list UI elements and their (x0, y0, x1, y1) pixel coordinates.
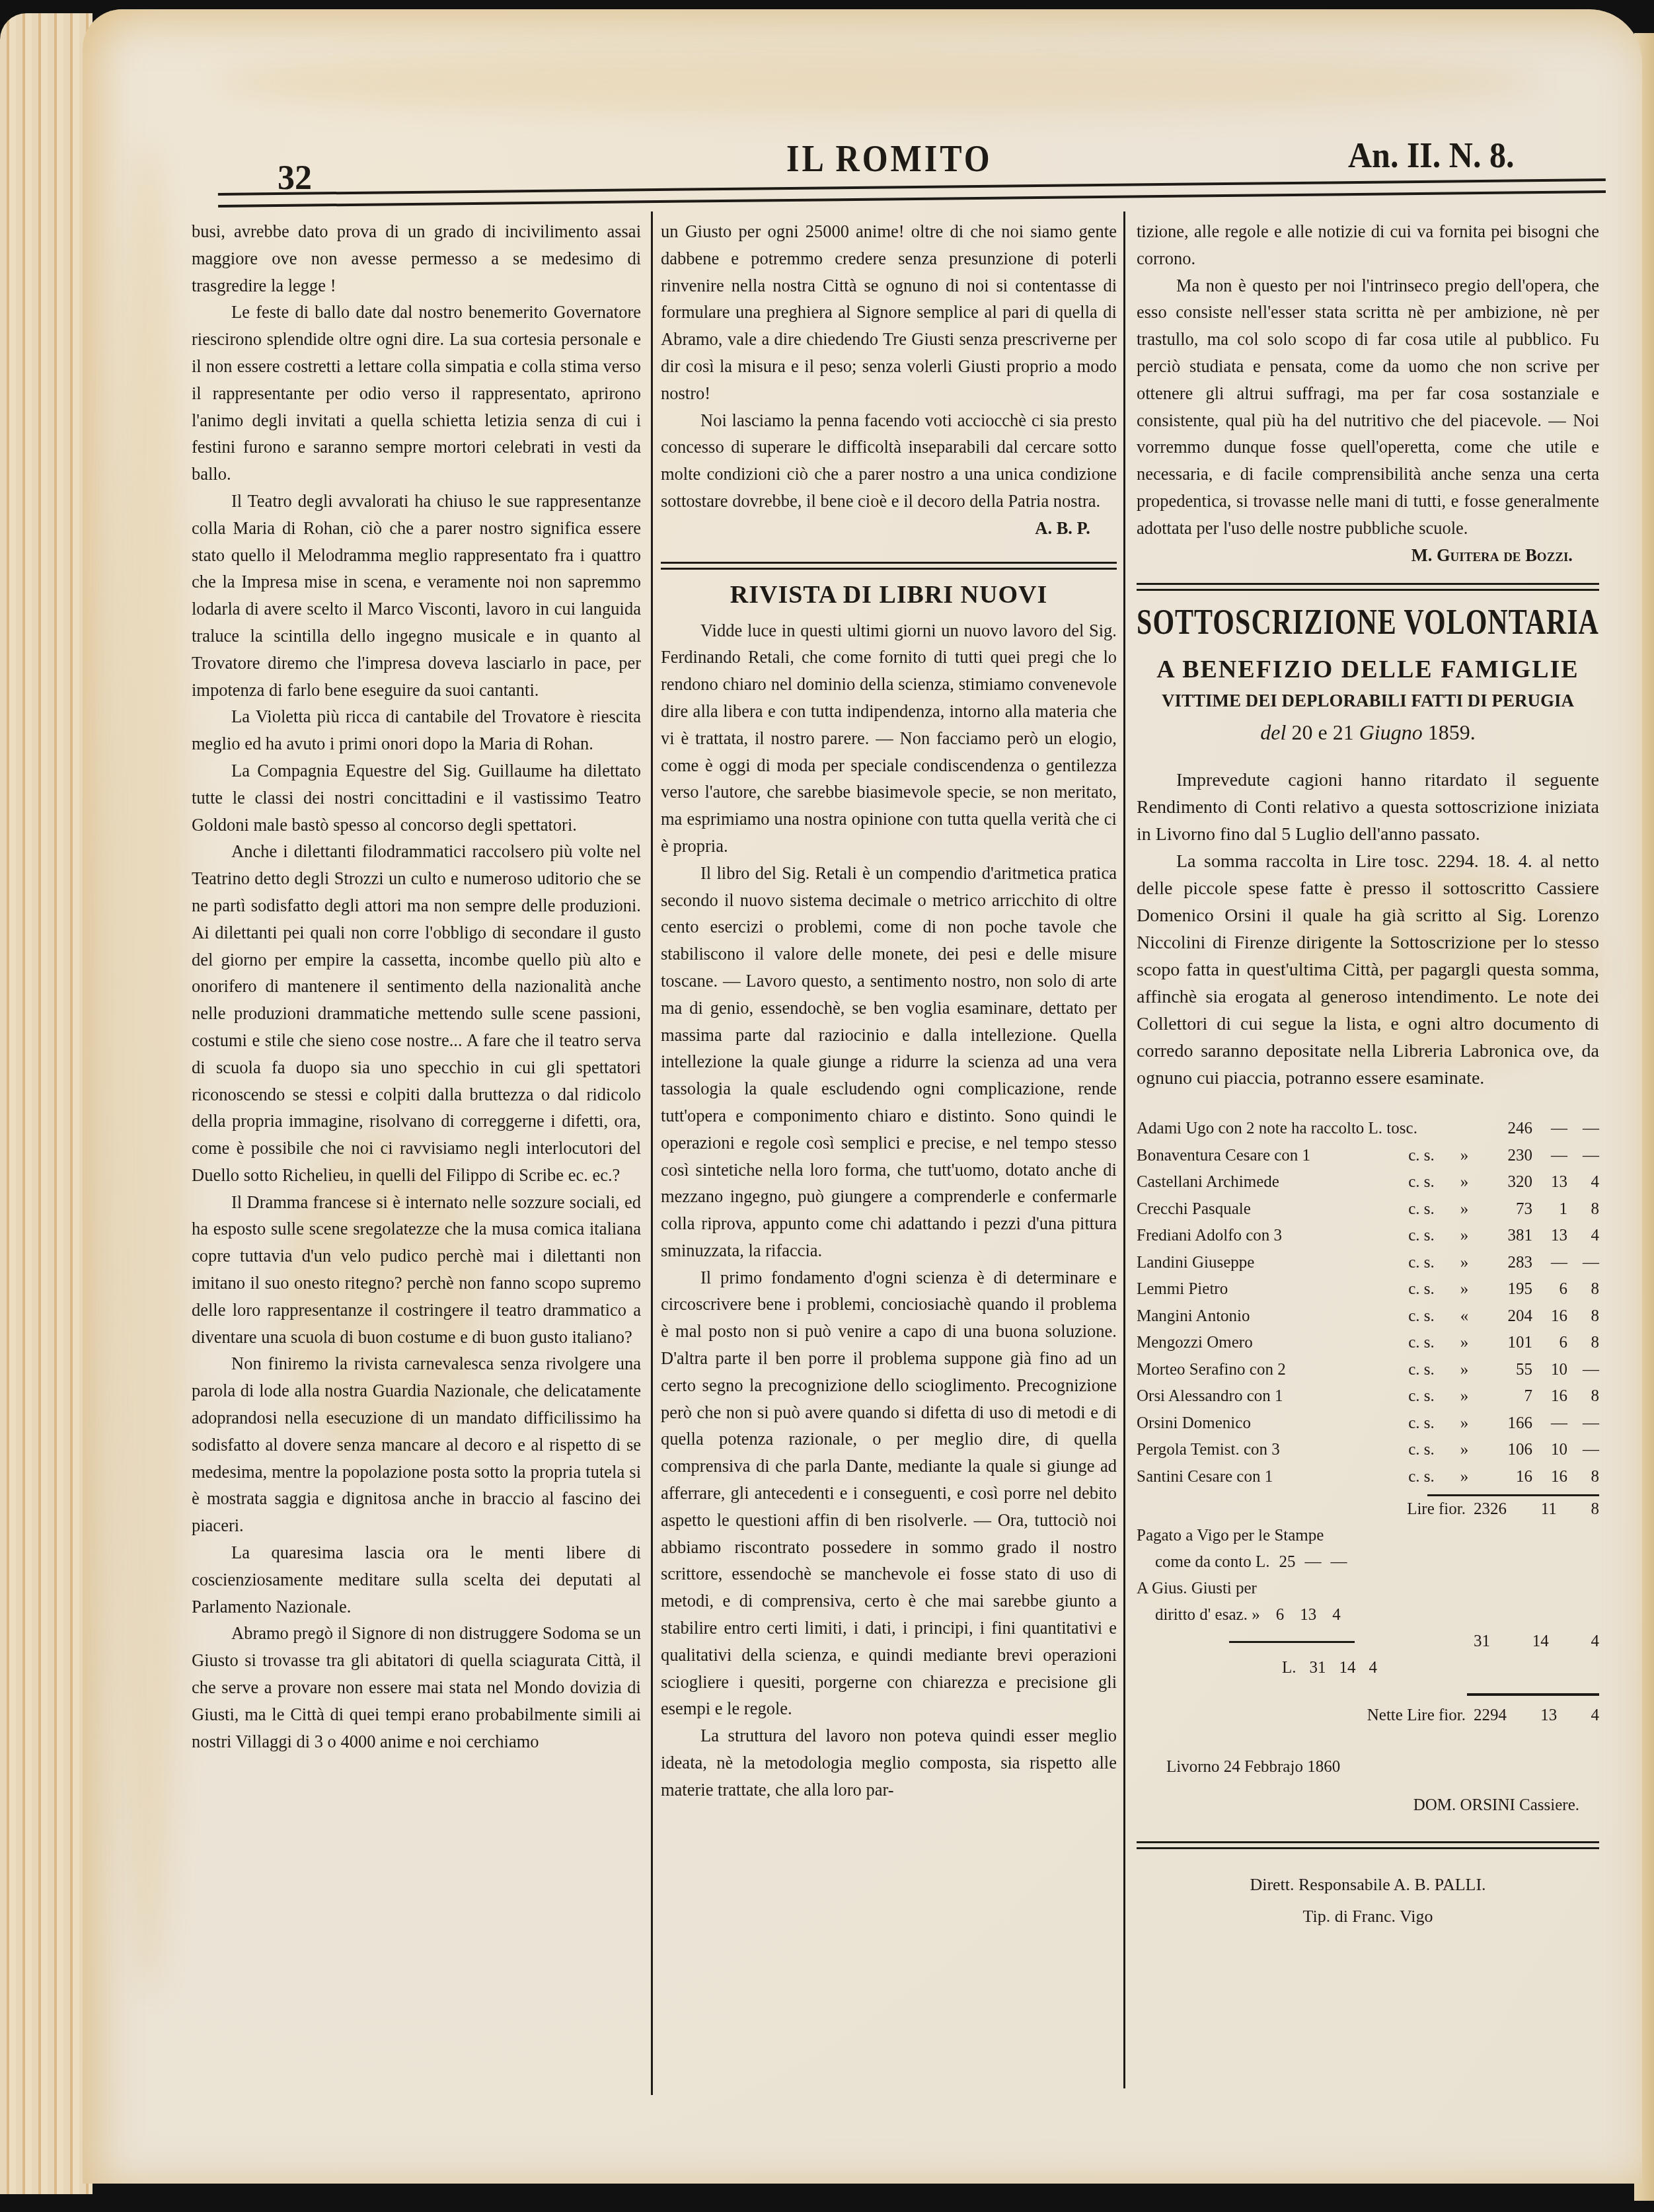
ledger-soldi: 10 (1532, 1357, 1567, 1384)
paragraph: Anche i dilettanti filodrammatici raccol… (192, 838, 641, 1188)
ledger-ditto: » (1448, 1464, 1481, 1491)
book-page-edges (0, 13, 93, 2194)
expense-subtotal-row: 31 14 4 (1137, 1628, 1599, 1655)
printer-credit: Tip. di Franc. Vigo (1137, 1901, 1599, 1932)
ledger-lire: 195 (1481, 1276, 1532, 1303)
collectors-ledger: Adami Ugo con 2 note ha raccolto L. tosc… (1137, 1116, 1599, 1490)
ledger-row: Mangini Antonioc. s.«204168 (1137, 1303, 1599, 1330)
paragraph: busi, avrebbe dato prova di un grado di … (192, 218, 641, 299)
ledger-lire: 73 (1481, 1196, 1532, 1223)
ledger-row: Orsini Domenicoc. s.»166—— (1137, 1410, 1599, 1437)
ledger-ditto: » (1448, 1276, 1481, 1303)
ledger-row: Pergola Temist. con 3c. s.»10610— (1137, 1437, 1599, 1464)
deduct-soldi: 14 (1532, 1628, 1549, 1655)
collector-name: Mengozzi Omero (1137, 1330, 1395, 1357)
ledger-row: Mengozzi Omeroc. s.»10168 (1137, 1330, 1599, 1357)
ledger-ditto: » (1448, 1437, 1481, 1464)
column-middle: un Giusto per ogni 25000 anime! oltre di… (661, 218, 1117, 1804)
ledger-ditto: » (1448, 1169, 1481, 1196)
expense-label: diritto d' esaz. » (1155, 1602, 1260, 1628)
subscription-subtitle: A BENEFIZIO DELLE FAMIGLIE (1137, 652, 1599, 687)
subtotal-lire: 31 (1310, 1655, 1326, 1681)
paragraph: La quaresima lascia ora le menti libere … (192, 1539, 641, 1620)
ledger-cs: c. s. (1395, 1143, 1448, 1170)
paragraph: Imprevedute cagioni hanno ritardato il s… (1137, 767, 1599, 848)
section-title-rivista: RIVISTA DI LIBRI NUOVI (661, 576, 1117, 613)
deduction-amount: 31 14 4 (1474, 1628, 1599, 1655)
ledger-denari: — (1567, 1116, 1599, 1143)
gross-lire: 2326 (1474, 1496, 1507, 1523)
collector-name: Adami Ugo con 2 note ha raccolto L. tosc… (1137, 1116, 1481, 1143)
ledger-denari: — (1567, 1410, 1599, 1437)
ledger-denari: — (1567, 1250, 1599, 1277)
expense-lire: 6 (1276, 1602, 1285, 1628)
subtotal-soldi: 14 (1339, 1655, 1356, 1681)
collector-name: Mangini Antonio (1137, 1303, 1395, 1330)
ledger-soldi: — (1532, 1143, 1567, 1170)
subscription-date: del 20 e 21 Giugno 1859. (1137, 714, 1599, 751)
ledger-row: Bonaventura Cesare con 1c. s.»230—— (1137, 1143, 1599, 1170)
ledger-cs: c. s. (1395, 1437, 1448, 1464)
paragraph: Il primo fondamento d'ogni scienza è di … (661, 1264, 1117, 1723)
ledger-soldi: 16 (1532, 1464, 1567, 1491)
ledger-lire: 230 (1481, 1143, 1532, 1170)
paragraph: un Giusto per ogni 25000 anime! oltre di… (661, 218, 1117, 407)
paragraph: La Compagnia Equestre del Sig. Guillaume… (192, 757, 641, 838)
subscription-title: SOTTOSCRIZIONE VOLONTARIA (1137, 597, 1599, 648)
net-total-label: Nette Lire fior. (1367, 1702, 1466, 1729)
ledger-denari: 8 (1567, 1464, 1599, 1491)
expense-denari: 4 (1332, 1602, 1341, 1628)
ledger-lire: 101 (1481, 1330, 1532, 1357)
paragraph: Il Dramma francese si è internato nelle … (192, 1189, 641, 1351)
subtotal-denari: 4 (1369, 1655, 1378, 1681)
paragraph: Non finiremo la rivista carnevalesca sen… (192, 1350, 641, 1539)
ledger-soldi: 16 (1532, 1383, 1567, 1410)
net-rule (1467, 1693, 1599, 1696)
paragraph: Noi lasciamo la penna facendo voti accio… (661, 407, 1117, 515)
deduct-denari: 4 (1591, 1628, 1600, 1655)
expense-soldi: 13 (1300, 1602, 1316, 1628)
ledger-denari: 8 (1567, 1330, 1599, 1357)
ledger-ditto: » (1448, 1330, 1481, 1357)
ledger-soldi: — (1532, 1410, 1567, 1437)
ledger-cs: c. s. (1395, 1357, 1448, 1384)
paragraph: La struttura del lavoro non poteva quind… (661, 1722, 1117, 1803)
ledger-soldi: 13 (1532, 1169, 1567, 1196)
date-month: Giugno (1359, 720, 1423, 744)
place-date: Livorno 24 Febbrajo 1860 (1137, 1754, 1599, 1780)
expense-line: diritto d' esaz. » 6 13 4 (1137, 1602, 1599, 1628)
ledger-denari: 8 (1567, 1196, 1599, 1223)
expense-label: come da conto L. (1155, 1549, 1270, 1576)
ledger-cs: c. s. (1395, 1303, 1448, 1330)
paragraph: tizione, alle regole e alle notizie di c… (1137, 218, 1599, 272)
ledger-ditto: » (1448, 1250, 1481, 1277)
foxing-stain (109, 141, 188, 1992)
ledger-ditto: » (1448, 1357, 1481, 1384)
masthead-title: IL ROMITO (786, 136, 993, 180)
ledger-soldi: 6 (1532, 1330, 1567, 1357)
ledger-cs: c. s. (1395, 1330, 1448, 1357)
footer-divider (1137, 1841, 1599, 1849)
ledger-cs: c. s. (1395, 1464, 1448, 1491)
gross-total-label: Lire fior. (1407, 1496, 1466, 1523)
ledger-row: Landini Giuseppec. s.»283—— (1137, 1250, 1599, 1277)
ledger-row: Santini Cesare con 1c. s.»16168 (1137, 1464, 1599, 1491)
expense-line: A Gius. Giusti per (1137, 1576, 1599, 1602)
ledger-lire: 166 (1481, 1410, 1532, 1437)
ledger-ditto: » (1448, 1196, 1481, 1223)
ledger-lire: 283 (1481, 1250, 1532, 1277)
expense-lire: 25 (1279, 1549, 1296, 1576)
ledger-soldi: 6 (1532, 1276, 1567, 1303)
ledger-soldi: — (1532, 1250, 1567, 1277)
paragraph: Il libro del Sig. Retali è un compendio … (661, 860, 1117, 1264)
net-total-row: Nette Lire fior. 2294 13 4 (1137, 1702, 1599, 1729)
column-left: busi, avrebbe dato prova di un grado di … (192, 218, 641, 1755)
section-divider (1137, 583, 1599, 591)
gross-total-row: Lire fior. 2326 11 8 (1137, 1496, 1599, 1523)
ledger-denari: 4 (1567, 1223, 1599, 1250)
collector-name: Crecchi Pasquale (1137, 1196, 1395, 1223)
ledger-row: Crecchi Pasqualec. s.»7318 (1137, 1196, 1599, 1223)
article-signature: M. Guitera de Bozzi. (1137, 542, 1599, 569)
date-prefix: del (1260, 720, 1286, 744)
gross-soldi: 11 (1541, 1496, 1557, 1523)
ledger-denari: — (1567, 1437, 1599, 1464)
expense-line: come da conto L. 25 — — (1137, 1549, 1599, 1576)
subscription-notice: Imprevedute cagioni hanno ritardato il s… (1137, 767, 1599, 1092)
ledger-cs: c. s. (1395, 1410, 1448, 1437)
ledger-lire: 320 (1481, 1169, 1532, 1196)
column-right: tizione, alle regole e alle notizie di c… (1137, 218, 1599, 1932)
column-divider (651, 211, 653, 2095)
ledger-row: Morteo Serafino con 2c. s.»5510— (1137, 1357, 1599, 1384)
expense-soldi: — (1305, 1549, 1322, 1576)
expense-line: Pagato a Vigo per le Stampe (1137, 1523, 1599, 1549)
ledger-cs: c. s. (1395, 1196, 1448, 1223)
ledger-ditto: » (1448, 1143, 1481, 1170)
ledger-row: Lemmi Pietroc. s.»19568 (1137, 1276, 1599, 1303)
collector-name: Lemmi Pietro (1137, 1276, 1395, 1303)
article-signature: A. B. P. (661, 515, 1117, 542)
column-divider (1123, 211, 1125, 2088)
collector-name: Castellani Archimede (1137, 1169, 1395, 1196)
collector-name: Orsini Domenico (1137, 1410, 1395, 1437)
collector-name: Landini Giuseppe (1137, 1250, 1395, 1277)
date-days: 20 e 21 (1291, 720, 1353, 744)
ledger-row: Adami Ugo con 2 note ha raccolto L. tosc… (1137, 1116, 1599, 1143)
ledger-denari: 8 (1567, 1383, 1599, 1410)
subtotal-rule (1229, 1641, 1355, 1643)
ledger-ditto: » (1448, 1383, 1481, 1410)
ledger-lire: 55 (1481, 1357, 1532, 1384)
collector-name: Frediani Adolfo con 3 (1137, 1223, 1395, 1250)
paragraph: La somma raccolta in Lire tosc. 2294. 18… (1137, 848, 1599, 1092)
ledger-soldi: 1 (1532, 1196, 1567, 1223)
ledger-row: Orsi Alessandro con 1c. s.»7168 (1137, 1383, 1599, 1410)
ledger-totals: Lire fior. 2326 11 8 Pagato a Vigo per l… (1137, 1494, 1599, 1819)
ledger-soldi: — (1532, 1116, 1567, 1143)
gross-denari: 8 (1591, 1496, 1599, 1523)
collector-name: Bonaventura Cesare con 1 (1137, 1143, 1395, 1170)
cashier-signature: DOM. ORSINI Cassiere. (1137, 1792, 1599, 1819)
ledger-denari: — (1567, 1143, 1599, 1170)
ledger-ditto: » (1448, 1410, 1481, 1437)
net-denari: 4 (1591, 1702, 1600, 1729)
collector-name: Morteo Serafino con 2 (1137, 1357, 1395, 1384)
paragraph: Il Teatro degli avvalorati ha chiuso le … (192, 488, 641, 703)
ledger-lire: 381 (1481, 1223, 1532, 1250)
net-lire: 2294 (1474, 1702, 1507, 1729)
ledger-ditto: « (1448, 1303, 1481, 1330)
ledger-cs: c. s. (1395, 1383, 1448, 1410)
ledger-row: Castellani Archimedec. s.»320134 (1137, 1169, 1599, 1196)
ledger-ditto: » (1448, 1223, 1481, 1250)
ledger-soldi: 13 (1532, 1223, 1567, 1250)
issue-number: An. II. N. 8. (1348, 133, 1514, 176)
director-credit: Dirett. Responsabile A. B. PALLI. (1137, 1869, 1599, 1901)
ledger-cs: c. s. (1395, 1169, 1448, 1196)
expense-denari: — (1331, 1549, 1347, 1576)
ledger-lire: 7 (1481, 1383, 1532, 1410)
ledger-cs: c. s. (1395, 1250, 1448, 1277)
ledger-denari: 8 (1567, 1276, 1599, 1303)
paragraph: Ma non è questo per noi l'intrinseco pre… (1137, 272, 1599, 542)
ledger-cs: c. s. (1395, 1223, 1448, 1250)
ledger-denari: — (1567, 1357, 1599, 1384)
ledger-lire: 246 (1481, 1116, 1532, 1143)
foxing-stain (215, 49, 1536, 115)
collector-name: Orsi Alessandro con 1 (1137, 1383, 1395, 1410)
subscription-subtitle-victims: VITTIME DEI DEPLORABILI FATTI DI PERUGIA (1137, 687, 1599, 714)
ledger-lire: 106 (1481, 1437, 1532, 1464)
ledger-lire: 204 (1481, 1303, 1532, 1330)
paragraph: Abramo pregò il Signore di non distrugge… (192, 1620, 641, 1755)
subtotal-label: L. (1282, 1655, 1297, 1681)
collector-name: Pergola Temist. con 3 (1137, 1437, 1395, 1464)
net-soldi: 13 (1540, 1702, 1557, 1729)
ledger-denari: 4 (1567, 1169, 1599, 1196)
paragraph: La Violetta più ricca di cantabile del T… (192, 703, 641, 757)
section-divider (661, 562, 1117, 570)
paragraph: Vidde luce in questi ultimi giorni un nu… (661, 617, 1117, 860)
collector-name: Santini Cesare con 1 (1137, 1464, 1395, 1491)
ledger-cs: c. s. (1395, 1276, 1448, 1303)
ledger-soldi: 10 (1532, 1437, 1567, 1464)
ledger-denari: 8 (1567, 1303, 1599, 1330)
paragraph: Le feste di ballo date dal nostro beneme… (192, 299, 641, 488)
ledger-soldi: 16 (1532, 1303, 1567, 1330)
deduct-lire: 31 (1474, 1628, 1490, 1655)
ledger-row: Frediani Adolfo con 3c. s.»381134 (1137, 1223, 1599, 1250)
expense-subtotal: L. 31 14 4 (1137, 1655, 1599, 1681)
date-year: 1859. (1428, 720, 1476, 744)
ledger-lire: 16 (1481, 1464, 1532, 1491)
